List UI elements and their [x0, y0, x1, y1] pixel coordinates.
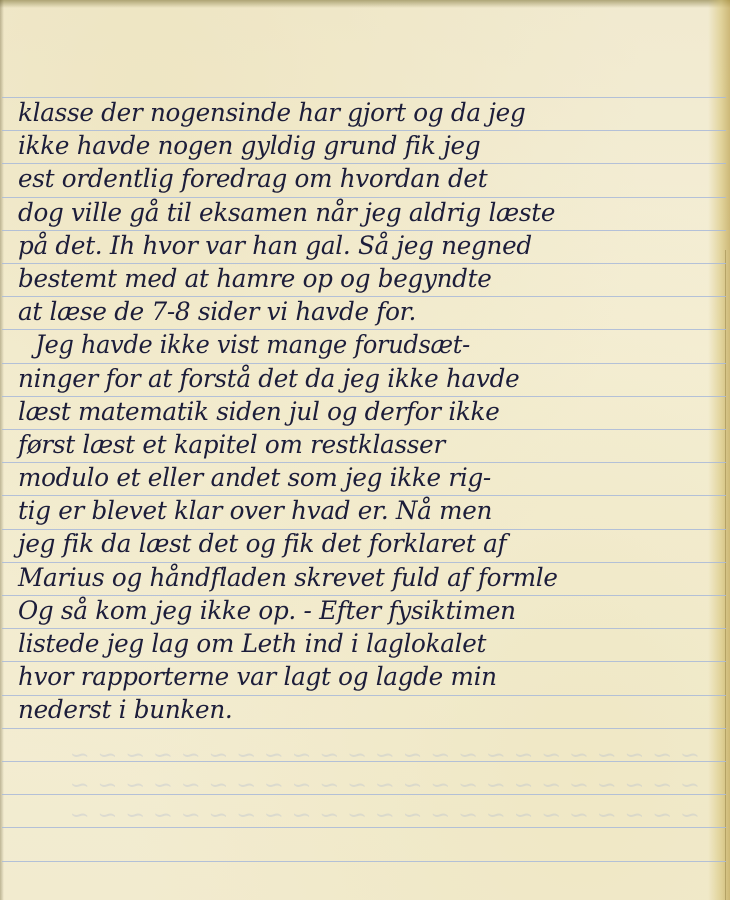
text-line-4: dog ville gå til eksamen når jeg aldrig …	[18, 196, 708, 229]
bleed-through-writing: ~ ~ ~ ~ ~ ~ ~ ~ ~ ~ ~ ~ ~ ~ ~ ~ ~ ~ ~ ~ …	[60, 740, 700, 850]
text-line-1: klasse der nogensinde har gjort og da je…	[18, 96, 708, 129]
text-line-15: Marius og håndfladen skrevet fuld af for…	[18, 561, 708, 594]
text-line-7: at læse de 7-8 sider vi havde for.	[18, 295, 708, 328]
left-binding-edge	[0, 0, 4, 900]
text-line-5: på det. Ih hvor var han gal. Så jeg negn…	[18, 229, 708, 262]
text-line-14: jeg fik da læst det og fik det forklaret…	[18, 527, 708, 560]
ruled-line	[2, 728, 726, 729]
text-line-2: ikke havde nogen gyldig grund fik jeg	[18, 129, 708, 162]
text-line-12: modulo et eller andet som jeg ikke rig-	[18, 461, 708, 494]
right-edge-fold	[725, 250, 726, 900]
text-line-11: først læst et kapitel om restklasser	[18, 428, 708, 461]
text-line-17: listede jeg lag om Leth ind i laglokalet	[18, 627, 708, 660]
text-line-3: est ordentlig foredrag om hvordan det	[18, 162, 708, 195]
notebook-page: ~ ~ ~ ~ ~ ~ ~ ~ ~ ~ ~ ~ ~ ~ ~ ~ ~ ~ ~ ~ …	[0, 0, 730, 900]
text-line-10: læst matematik siden jul og derfor ikke	[18, 395, 708, 428]
text-line-8: Jeg havde ikke vist mange forudsæt-	[18, 328, 690, 361]
ruled-line	[2, 861, 726, 862]
text-line-16: Og så kom jeg ikke op. - Efter fysiktime…	[18, 594, 708, 627]
text-line-6: bestemt med at hamre op og begyndte	[18, 262, 708, 295]
handwritten-text: klasse der nogensinde har gjort og da je…	[18, 96, 718, 727]
text-line-13: tig er blevet klar over hvad er. Nå men	[18, 494, 708, 527]
text-line-18: hvor rapporterne var lagt og lagde min	[18, 660, 708, 693]
text-line-19: nederst i bunken.	[18, 693, 708, 726]
top-edge-stain	[0, 0, 730, 8]
text-line-9: ninger for at forstå det da jeg ikke hav…	[18, 362, 708, 395]
